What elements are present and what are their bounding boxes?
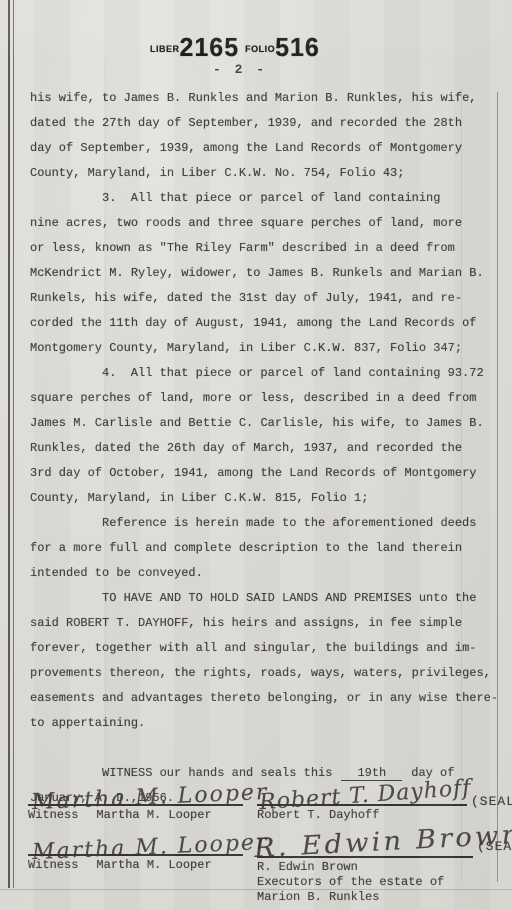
body-line: dated the 27th day of September, 1939, a… — [30, 116, 500, 141]
body-line: square perches of land, more or less, de… — [30, 391, 500, 416]
body-line: County, Maryland, in Liber C.K.W. No. 75… — [30, 166, 500, 191]
deed-body-text: his wife, to James B. Runkles and Marion… — [30, 91, 500, 741]
body-line: James M. Carlisle and Bettie C. Carlisle… — [30, 416, 500, 441]
body-line: nine acres, two roods and three square p… — [30, 216, 500, 241]
signer-signature-unit-1: Robert T. Dayhoff (SEAL) Robert T. Dayho… — [257, 774, 467, 822]
folio-number: 516 — [275, 34, 320, 64]
left-margin-line-inner — [13, 0, 14, 888]
signature-line: Robert T. Dayhoff (SEAL) — [257, 774, 467, 806]
page-number: - 2 - — [0, 62, 480, 77]
body-line: intended to be conveyed. — [30, 566, 500, 591]
body-line: Montgomery County, Maryland, in Liber C.… — [30, 341, 500, 366]
seal-label: (SEAL) — [477, 839, 512, 854]
signature-line: R. Edwin Brown (SEAL) — [257, 824, 473, 858]
body-line: 3rd day of October, 1941, among the Land… — [30, 466, 500, 491]
signer-role-line: Marion B. Runkles — [257, 890, 473, 904]
liber-number: 2165 — [180, 34, 240, 64]
witness-signature-unit-1: Martha M. Looper WitnessMartha M. Looper — [28, 778, 243, 822]
body-line: provements thereon, the rights, roads, w… — [30, 666, 500, 691]
body-line: Runkels, his wife, dated the 31st day of… — [30, 291, 500, 316]
signature-line: Martha M. Looper — [28, 828, 243, 856]
body-line: County, Maryland, in Liber C.K.W. 815, F… — [30, 491, 500, 516]
body-line: day of September, 1939, among the Land R… — [30, 141, 500, 166]
body-line: his wife, to James B. Runkles and Marion… — [30, 91, 500, 116]
signature-line: Martha M. Looper — [28, 778, 243, 806]
signer-signature-unit-2: R. Edwin Brown (SEAL) R. Edwin Brown Exe… — [257, 824, 473, 904]
body-line: 4. All that piece or parcel of land cont… — [30, 366, 500, 391]
liber-label: LIBER — [150, 44, 180, 54]
body-line: to appertaining. — [30, 716, 500, 741]
body-line: for a more full and complete description… — [30, 541, 500, 566]
body-line: Reference is herein made to the aforemen… — [30, 516, 500, 541]
body-line: TO HAVE AND TO HOLD SAID LANDS AND PREMI… — [30, 591, 500, 616]
left-margin-line-outer — [8, 0, 10, 888]
body-line: corded the 11th day of August, 1941, amo… — [30, 316, 500, 341]
folio-label: FOLIO — [245, 44, 275, 54]
liber-folio-stamp: LIBER2165FOLIO516 — [150, 34, 320, 63]
body-line: easements and advantages thereto belongi… — [30, 691, 500, 716]
body-line: forever, together with all and singular,… — [30, 641, 500, 666]
body-line: 3. All that piece or parcel of land cont… — [30, 191, 500, 216]
signer-role-line: Executors of the estate of — [257, 875, 473, 889]
body-line: said ROBERT T. DAYHOFF, his heirs and as… — [30, 616, 500, 641]
body-line: McKendrict M. Ryley, widower, to James B… — [30, 266, 500, 291]
seal-label: (SEAL) — [471, 794, 512, 809]
witness-signature-unit-2: Martha M. Looper WitnessMartha M. Looper — [28, 828, 243, 872]
body-line: Runkles, dated the 26th day of March, 19… — [30, 441, 500, 466]
signature-script-r-edwin-brown: R. Edwin Brown — [253, 820, 512, 864]
body-line: or less, known as "The Riley Farm" descr… — [30, 241, 500, 266]
scanned-deed-page: LIBER2165FOLIO516 - 2 - his wife, to Jam… — [0, 0, 512, 910]
